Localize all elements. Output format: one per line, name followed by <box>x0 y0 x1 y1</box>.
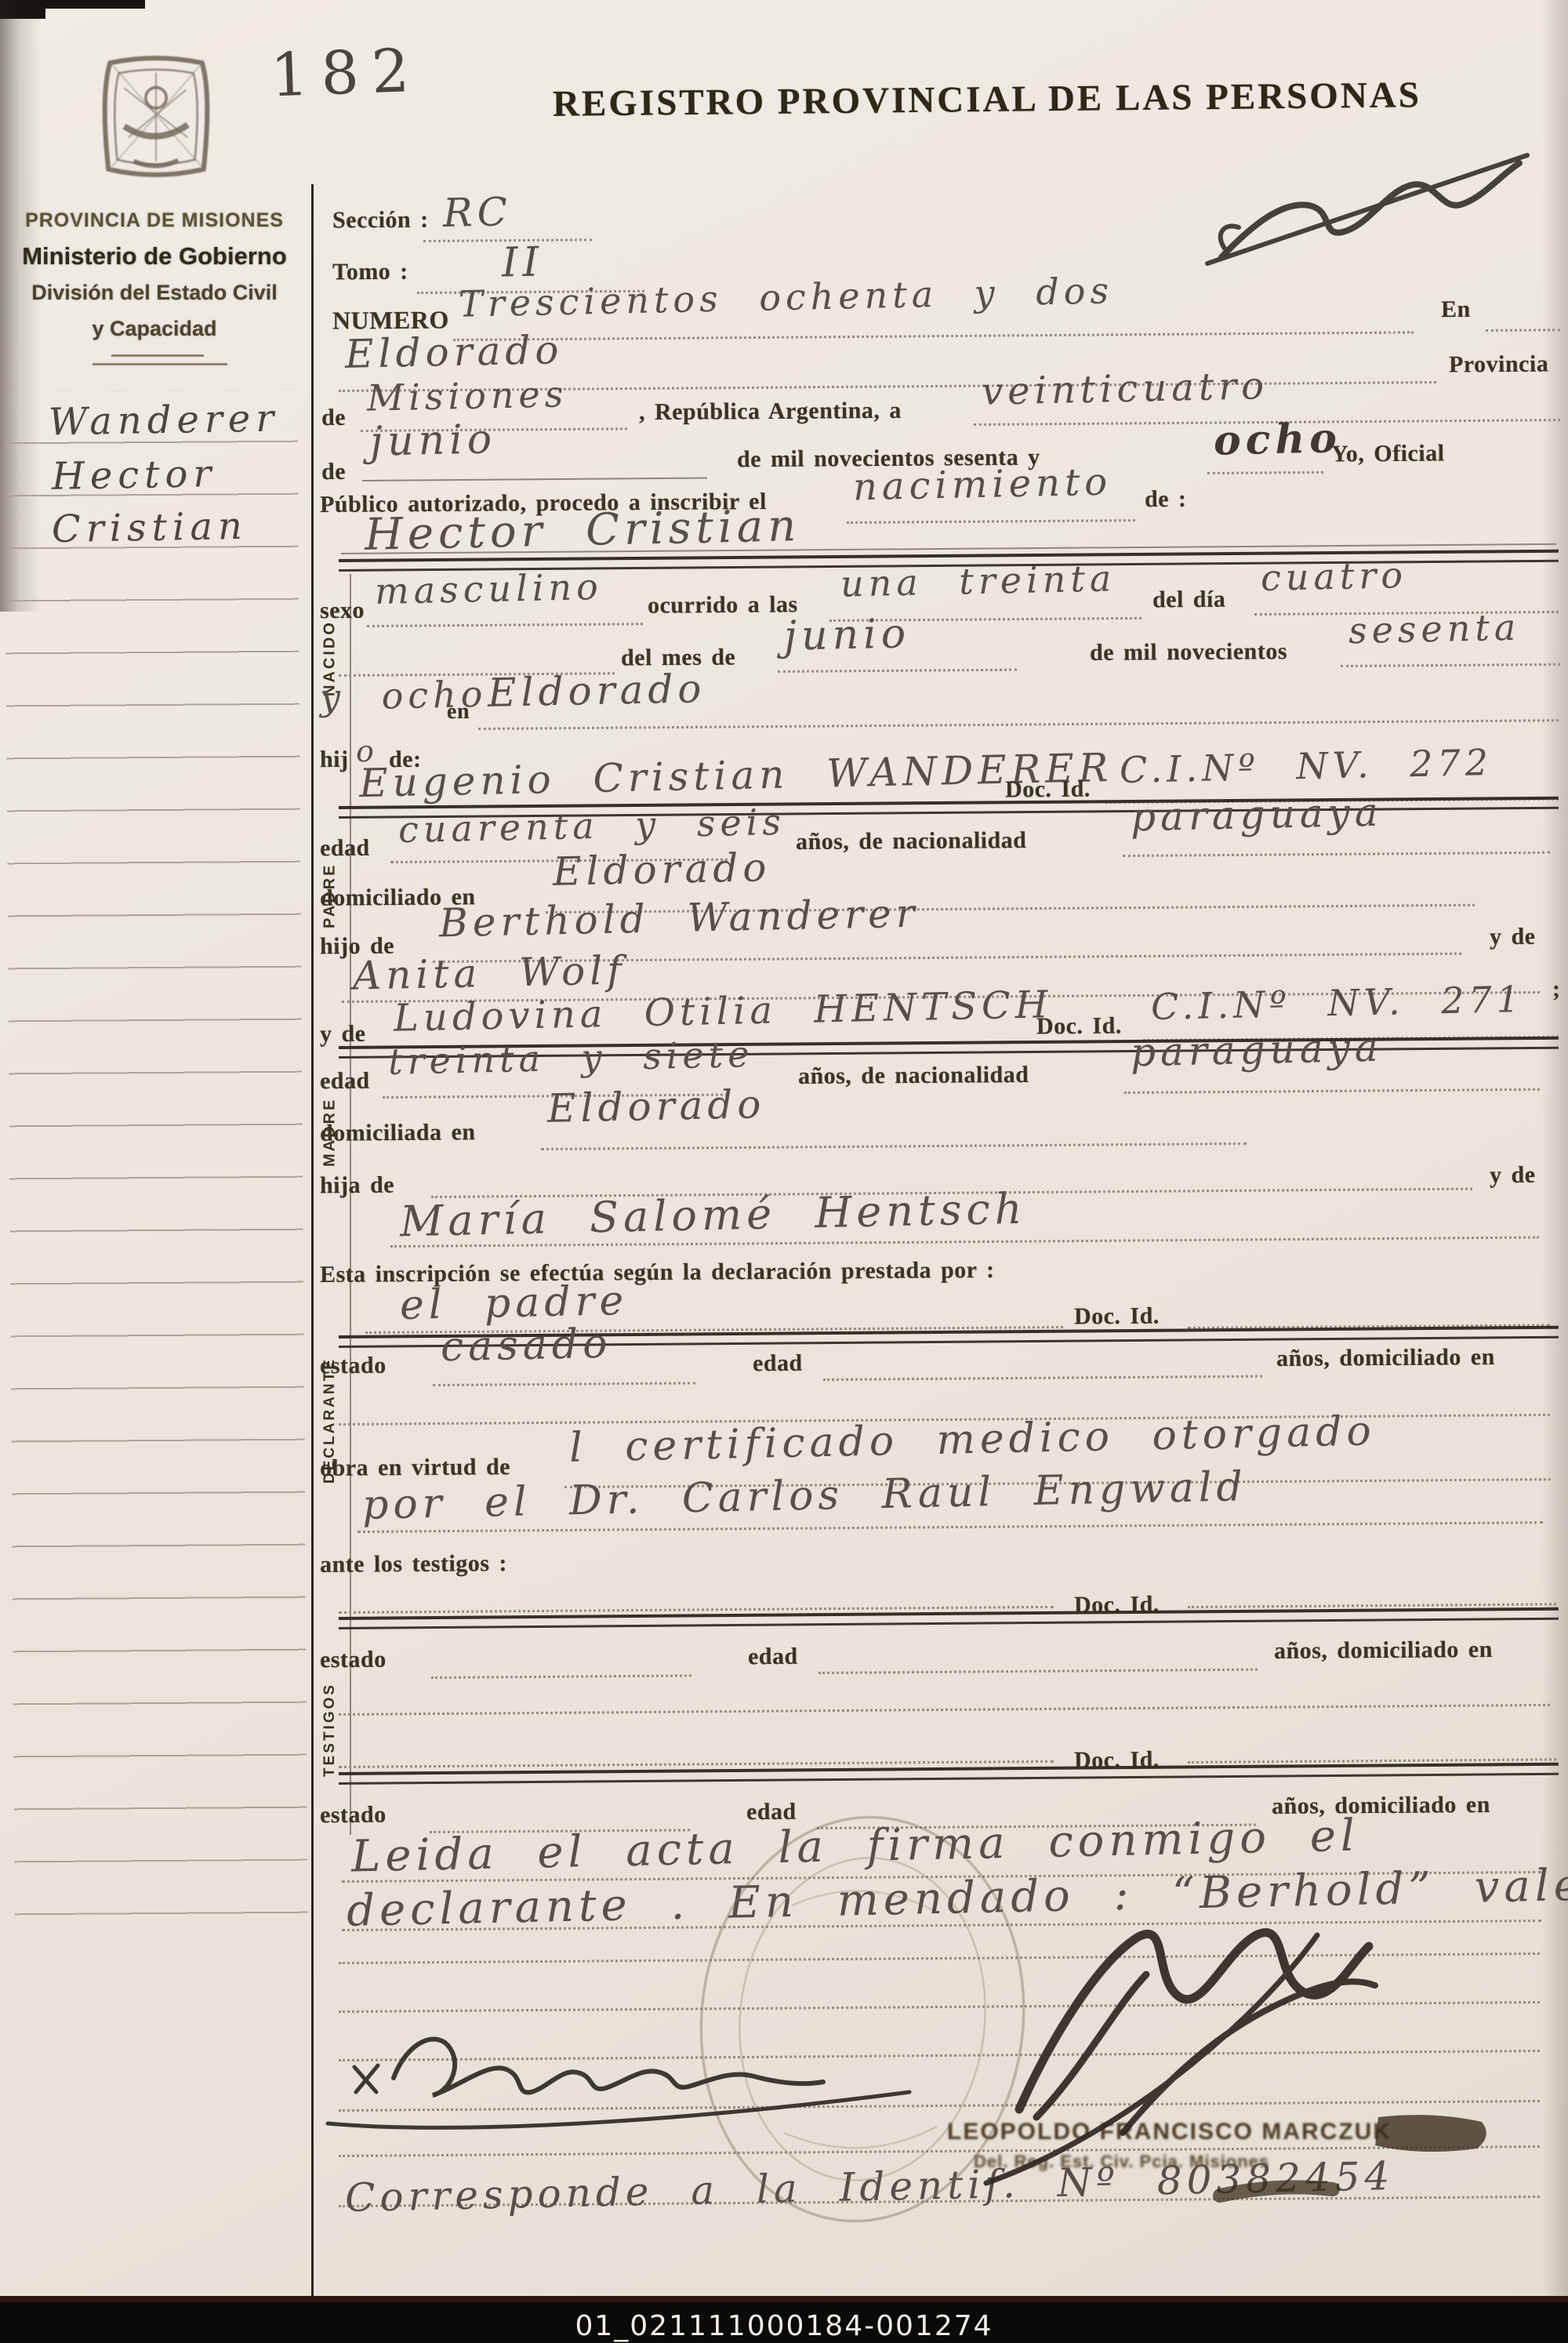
scanned-birth-record-page: 182 REGISTRO PROVINCIAL DE LAS PERSONAS … <box>0 0 1568 2343</box>
field-value-provincia: Misiones <box>366 372 568 419</box>
field-label-en-lugar: en <box>447 699 470 725</box>
org-line-division: División del Estado Civil <box>6 274 303 311</box>
field-label-del-dia: del día <box>1152 587 1226 614</box>
mother-age-label: edad <box>320 1068 370 1095</box>
field-label-hijo: hij <box>320 746 349 773</box>
field-label-ocurrido: ocurrido a las <box>648 591 798 619</box>
registry-title: REGISTRO PROVINCIAL DE LAS PERSONAS <box>553 74 1421 125</box>
witnesses-intro-label: ante los testigos : <box>320 1550 507 1578</box>
father-nationality-value: paraguaya <box>1130 790 1383 841</box>
declarant-status-value: casado <box>440 1320 612 1371</box>
field-label-de: de <box>321 405 346 431</box>
field-label-republica: , República Argentina, a <box>639 398 902 426</box>
field-value-dia-inscripcion: veinticuatro <box>981 364 1269 414</box>
mother-y-de2-label: y de <box>1490 1162 1536 1189</box>
certificate-value-line1: l certificado medico otorgado <box>568 1408 1376 1472</box>
inspection-signature <box>1207 155 1527 263</box>
field-label-de3: de : <box>1145 486 1187 513</box>
official-stamp-name: LEOPOLDO FRANCISCO MARCZUK <box>947 2119 1392 2145</box>
org-underline <box>111 354 204 357</box>
field-label-de2: de <box>321 459 346 485</box>
witness1-age-label: edad <box>748 1644 798 1670</box>
father-age-value: cuarenta y seis <box>397 801 786 851</box>
witness2-status-label: estado <box>320 1802 387 1829</box>
field-value-localidad: Eldorado <box>344 327 564 377</box>
org-underline <box>93 363 227 365</box>
declarant-status-label: estado <box>320 1353 387 1380</box>
field-value-mes-inscripcion: junio <box>369 416 496 465</box>
mother-nationality-value: paraguaya <box>1130 1025 1383 1076</box>
provincial-emblem-icon <box>93 50 220 185</box>
org-line-ministerio: Ministerio de Gobierno <box>6 238 303 274</box>
certificate-label: obra en virtud de <box>320 1454 510 1482</box>
paternal-grandfather-value: Berthold Wanderer <box>438 891 920 946</box>
field-label-de-mil: de mil novecientos <box>1090 638 1287 667</box>
mother-nationality-label: años, de nacionalidad <box>798 1062 1029 1090</box>
field-label-seccion: Sección : <box>332 207 429 234</box>
field-value-hora: una treinta <box>840 557 1116 605</box>
field-label-sexo: sexo <box>320 598 365 624</box>
field-value-decada-nacimiento: sesenta <box>1348 606 1520 652</box>
field-value-lugar-nacimiento: Eldorado <box>487 666 706 716</box>
scan-footer-bar: 01_021111000184-001274 <box>0 2296 1568 2343</box>
org-line-capacidad: y Capacidad <box>6 311 303 347</box>
scan-footer-id: 01_021111000184-001274 <box>575 2310 993 2342</box>
page-number-stamp: 182 <box>270 35 423 111</box>
mother-y-de-label: y de <box>320 1021 366 1048</box>
mother-parent-label: hija de <box>320 1172 394 1200</box>
field-value-seccion: RC <box>442 189 512 236</box>
witness1-domicile-label: años, domiciliado en <box>1274 1636 1493 1665</box>
field-value-numero: Trescientos ochenta y dos <box>459 269 1114 325</box>
father-nationality-label: años, de nacionalidad <box>796 827 1027 855</box>
field-value-anio-inscripcion: ocho <box>1213 414 1341 464</box>
issuing-office-block: PROVINCIA DE MISIONES Ministerio de Gobi… <box>6 202 303 347</box>
field-value-sexo: masculino <box>374 565 603 612</box>
field-label-provincia: Provincia <box>1449 351 1549 379</box>
column-divider-line <box>311 184 314 2296</box>
margin-ruled-lines <box>4 390 308 1932</box>
section-bracket-line <box>350 574 351 1835</box>
declarant-age-label: edad <box>753 1350 803 1377</box>
father-y-de-label: y de <box>1490 924 1536 950</box>
field-value-mes-nacimiento: junio <box>783 610 910 659</box>
mother-doc-value: C.I.Nº NV. 271 <box>1150 978 1524 1028</box>
father-age-label: edad <box>320 835 370 862</box>
field-label-tomo: Tomo : <box>332 259 408 286</box>
mother-domicile-value: Eldorado <box>546 1081 766 1132</box>
section-label-testigos: TESTIGOS <box>315 1683 345 1777</box>
father-doc-label: Doc. Id. <box>1005 776 1091 804</box>
paternal-grandmother-value: Anita Wolf <box>352 947 626 998</box>
identification-note-handwritten: Corresponde a la Identif. Nº 80382454 <box>345 2153 1395 2221</box>
field-value-acto: nacimiento <box>852 460 1112 510</box>
mother-domicile-label: domiciliada en <box>320 1119 476 1146</box>
declarant-domicile-label: años, domiciliado en <box>1276 1344 1495 1372</box>
father-domicile-value: Eldorado <box>552 845 771 895</box>
field-label-yo-oficial: Yo, Oficial <box>1331 440 1445 467</box>
field-value-dia-nacimiento: cuatro <box>1260 554 1407 599</box>
scan-shadow-right <box>1541 0 1568 2298</box>
witness1-status-label: estado <box>320 1647 387 1674</box>
org-line-provincia: PROVINCIA DE MISIONES <box>6 202 303 238</box>
line-end-mark: ; <box>1552 976 1561 1003</box>
mother-age-value: treinta y siete <box>387 1033 753 1083</box>
declarant-doc-label: Doc. Id. <box>1074 1303 1160 1331</box>
field-value-tomo: II <box>501 238 543 286</box>
field-label-en: En <box>1441 296 1471 323</box>
father-doc-value: C.I.Nº NV. 272 <box>1119 741 1493 791</box>
mother-doc-label: Doc. Id. <box>1036 1013 1122 1041</box>
father-name-handwritten: Eugenio Cristian WANDERER <box>358 745 1112 806</box>
maternal-grandmother-value: María Salomé Hentsch <box>399 1184 1027 1247</box>
declarant-signature <box>328 2040 909 2128</box>
